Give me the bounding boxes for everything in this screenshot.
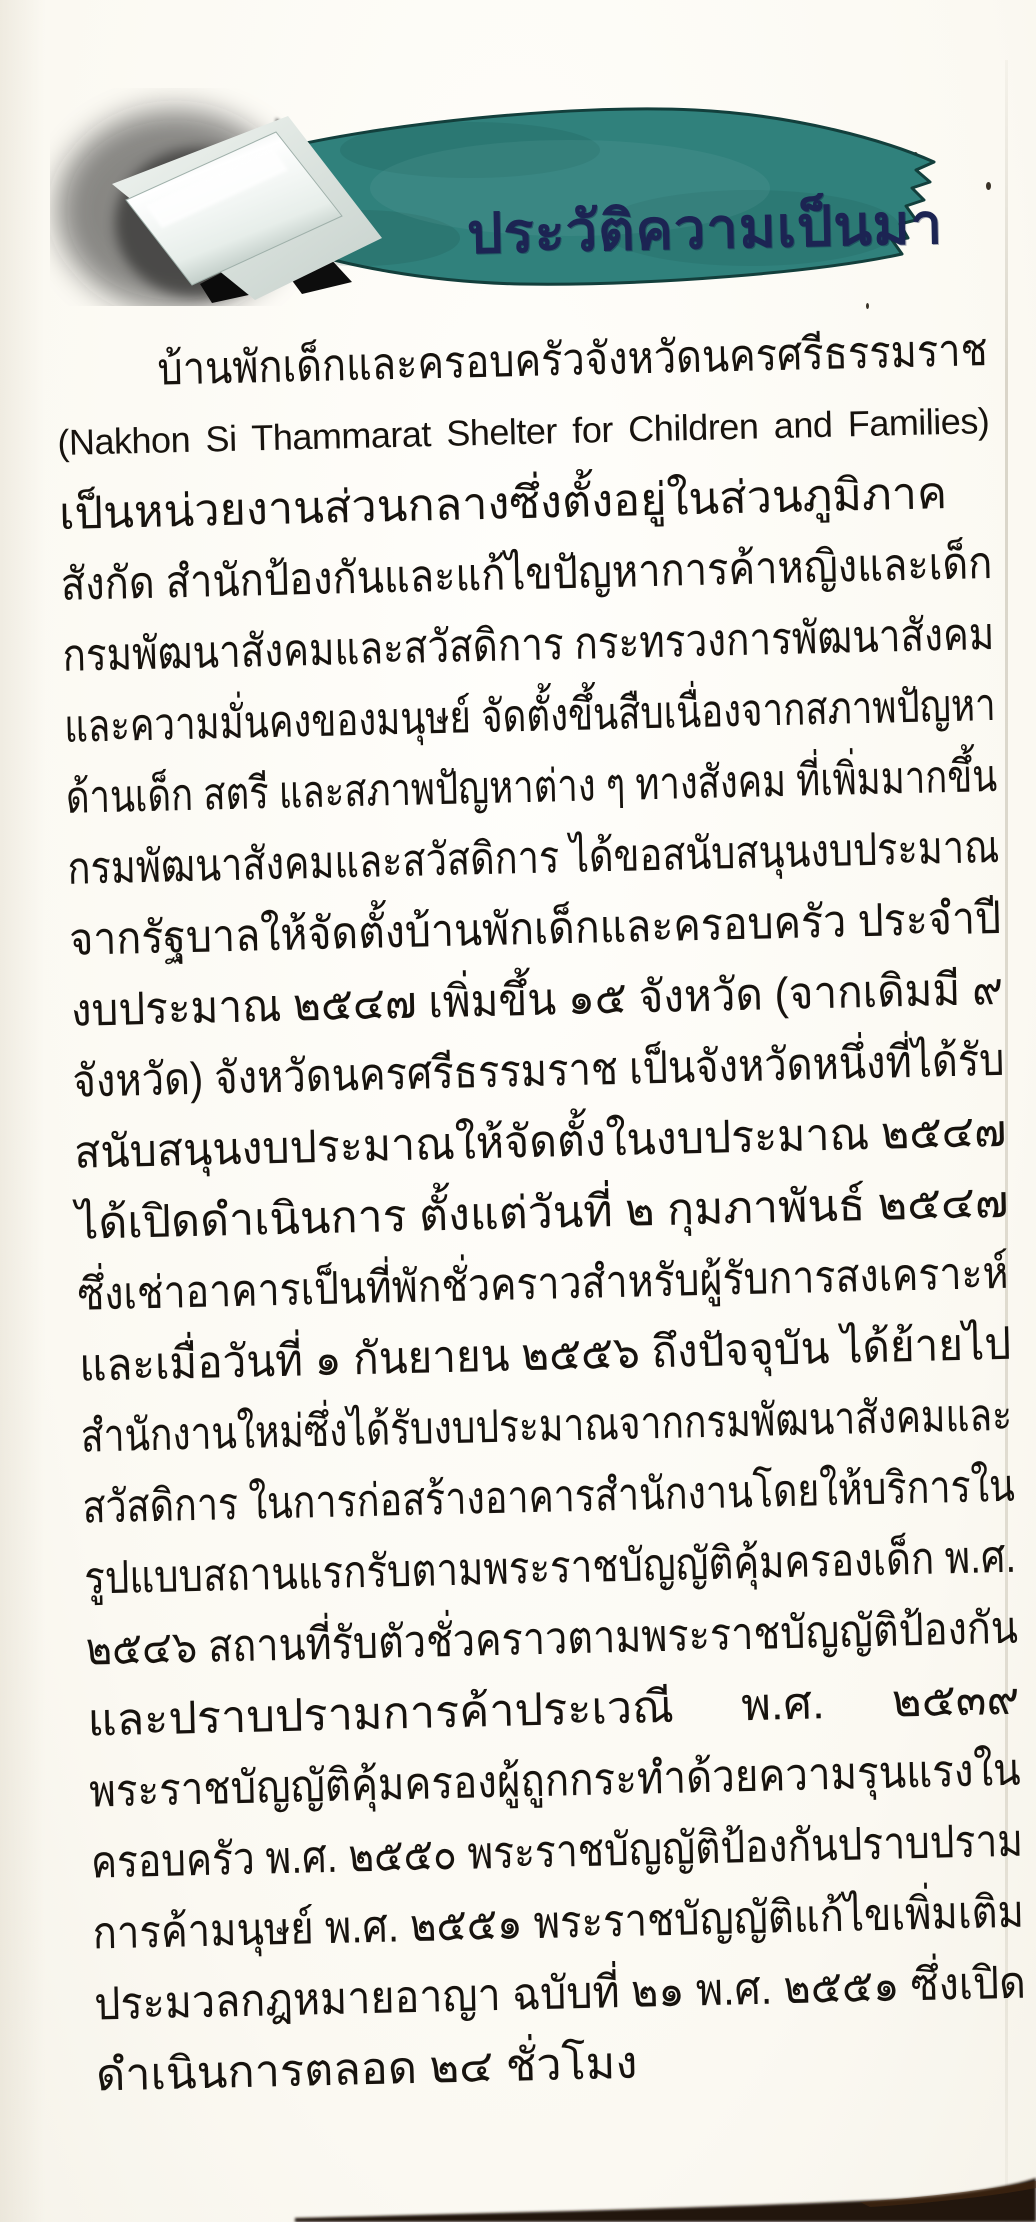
body-text: บ้านพักเด็กและครอบครัวจังหวัดนครศรีธรรมร… (55, 314, 1029, 2110)
page-bottom-shadow (0, 2176, 1036, 2222)
page-bottom-shadow-art (0, 2176, 1036, 2222)
scanned-book-page: ประวัติความเป็นมา บ้านพักเด็กและครอบครัว… (0, 0, 1036, 2222)
ink-speck (986, 182, 991, 190)
header-banner: ประวัติความเป็นมา (50, 88, 960, 306)
banner-title: ประวัติความเป็นมา (454, 179, 956, 278)
